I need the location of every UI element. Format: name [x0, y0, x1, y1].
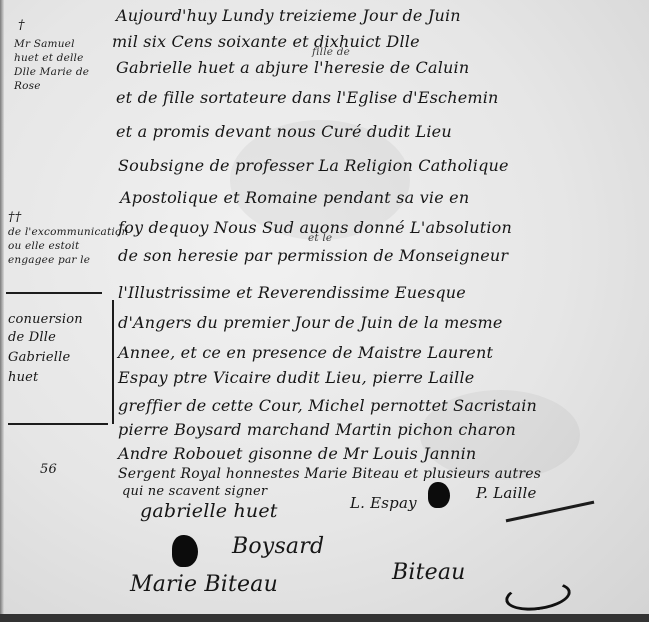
signature-p-laille: P. Laille — [476, 484, 537, 502]
body-line: mil six Cens soixante et dixhuict Dlle — [112, 32, 420, 51]
margin-note-line: huet — [8, 370, 38, 386]
margin-mark: †† — [8, 210, 21, 226]
body-line: greffier de cette Cour, Michel pernottet… — [118, 396, 537, 415]
margin-note-line: de l'excommunication — [8, 226, 128, 238]
margin-note-line: huet et delle — [14, 52, 84, 64]
margin-note-line: de Dlle — [8, 330, 56, 346]
signature-l-espay: L. Espay — [350, 494, 417, 512]
margin-note-line: Mr Samuel — [14, 38, 75, 50]
page-binding-edge — [0, 0, 4, 614]
signature-boysard: Boysard — [232, 534, 324, 559]
margin-note-line: Gabrielle — [8, 350, 70, 366]
body-line: Espay ptre Vicaire dudit Lieu, pierre La… — [118, 368, 474, 387]
body-line: Sergent Royal honnestes Marie Biteau et … — [118, 466, 541, 482]
margin-note-line: engagee par le — [8, 254, 90, 266]
margin-divider — [6, 292, 102, 294]
margin-note-line: Dlle Marie de — [14, 66, 89, 78]
body-line: Aujourd'huy Lundy treizieme Jour de Juin — [116, 6, 461, 25]
body-line: Annee, et ce en presence de Maistre Laur… — [118, 343, 493, 362]
margin-note-line: ou elle estoit — [8, 240, 79, 252]
interlinear-note: fille de — [312, 46, 350, 58]
body-line: Apostolique et Romaine pendant sa vie en — [120, 188, 469, 207]
ink-blot — [172, 535, 198, 567]
body-line: et a promis devant nous Curé dudit Lieu — [116, 122, 452, 141]
page-number: 56 — [40, 462, 57, 478]
register-page: † Mr Samuel huet et delle Dlle Marie de … — [0, 0, 649, 614]
body-line: d'Angers du premier Jour de Juin de la m… — [118, 313, 503, 332]
signature-flourish-ink — [428, 482, 450, 508]
body-line: pierre Boysard marchand Martin pichon ch… — [118, 420, 516, 439]
signature-paraph-flourish — [503, 578, 572, 614]
margin-mark: † — [18, 18, 25, 34]
body-line: et de fille sortateure dans l'Eglise d'E… — [116, 88, 499, 107]
margin-note-line: conuersion — [8, 312, 83, 328]
body-line: Gabrielle huet a abjure l'heresie de Cal… — [116, 58, 469, 77]
body-line: Soubsigne de professer La Religion Catho… — [118, 156, 509, 175]
signature-gabrielle-huet: gabrielle huet — [140, 500, 278, 522]
signature-marie-biteau: Marie Biteau — [130, 572, 278, 597]
body-line: qui ne scavent signer — [122, 484, 267, 499]
margin-divider — [8, 423, 108, 425]
signature-paraph — [506, 501, 595, 523]
signature-biteau: Biteau — [392, 560, 466, 585]
scan-bottom-edge — [0, 614, 649, 622]
interlinear-note: et le — [308, 232, 332, 244]
body-line: l'Illustrissime et Reverendissime Euesqu… — [118, 283, 466, 302]
margin-note-line: Rose — [14, 80, 41, 92]
margin-bracket — [112, 300, 114, 424]
body-line: de son heresie par permission de Monseig… — [118, 246, 508, 265]
body-line: Andre Robouet gisonne de Mr Louis Jannin — [118, 444, 476, 463]
